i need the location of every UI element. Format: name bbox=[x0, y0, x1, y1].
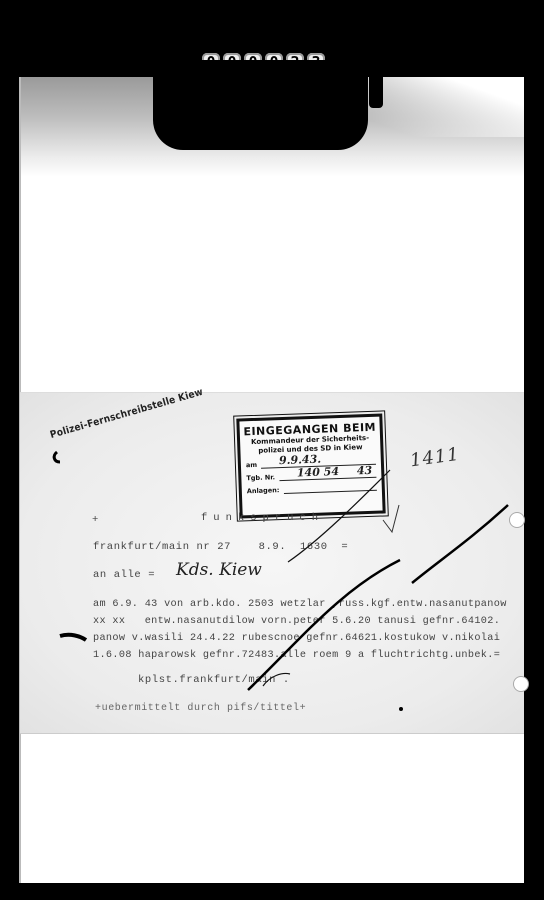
pen-stroke bbox=[248, 560, 400, 690]
ink-dot bbox=[399, 707, 403, 711]
pen-stroke bbox=[288, 470, 390, 562]
pen-stroke bbox=[263, 674, 290, 687]
check-mark-icon bbox=[383, 505, 399, 532]
pen-stroke bbox=[412, 505, 508, 583]
ink-mark bbox=[60, 635, 86, 640]
ink-mark bbox=[54, 452, 60, 462]
pen-strokes bbox=[0, 0, 544, 900]
